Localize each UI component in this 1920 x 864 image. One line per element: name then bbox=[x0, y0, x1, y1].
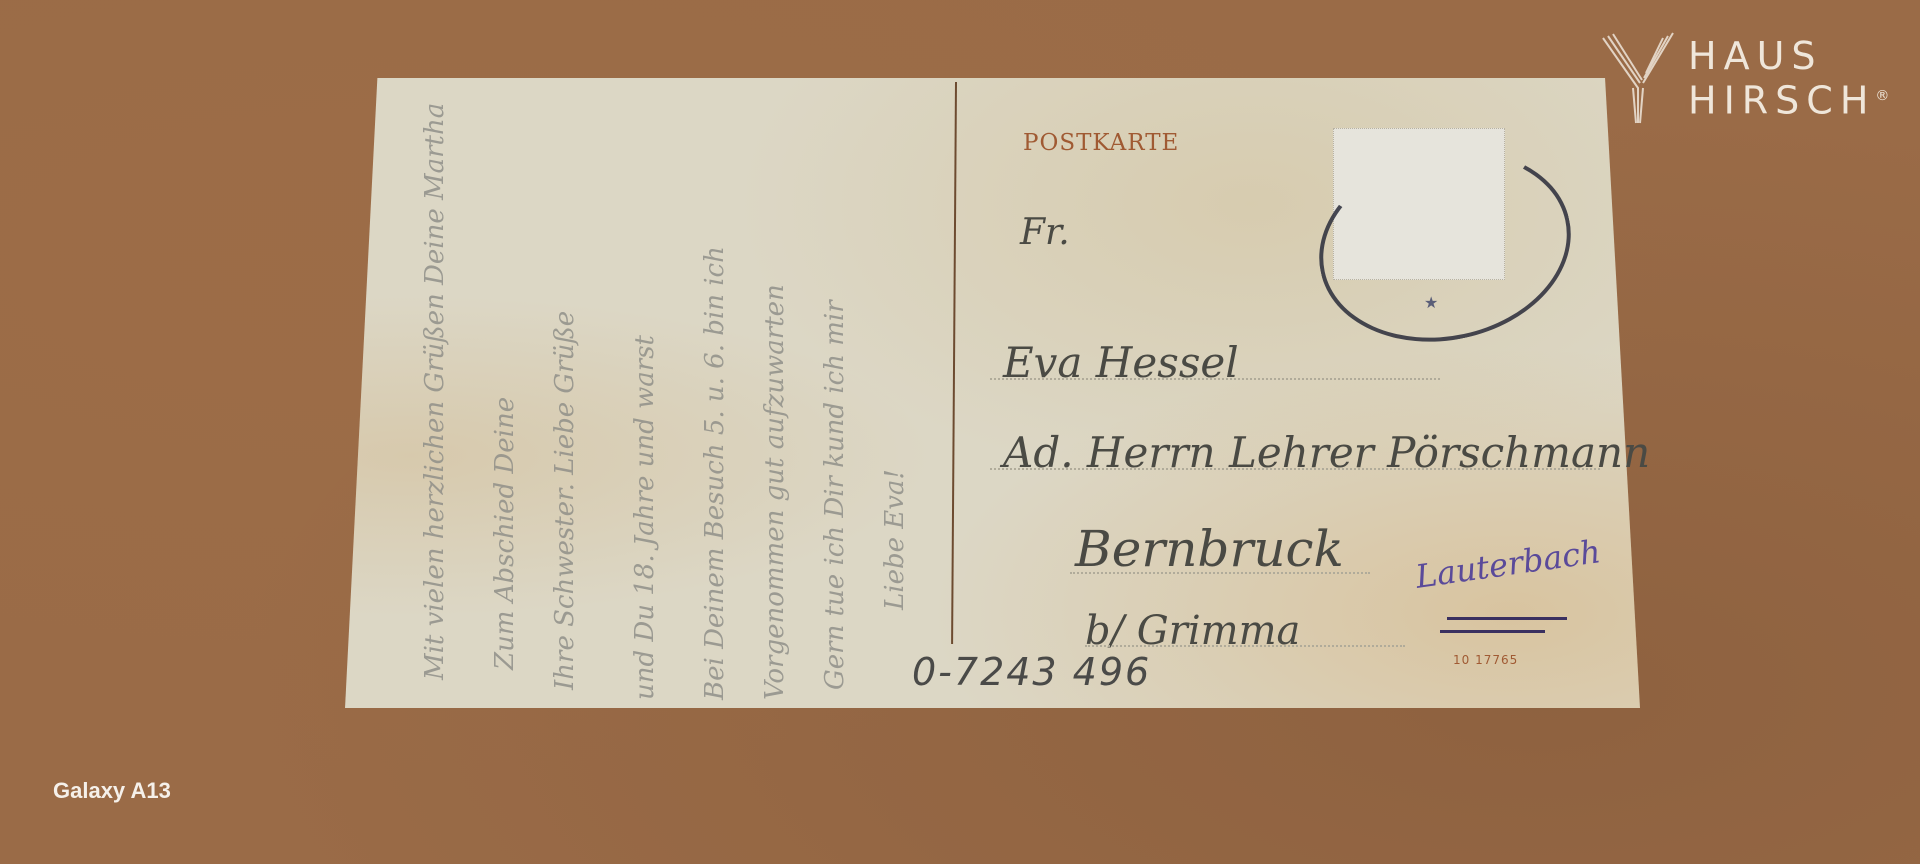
brand-line1: HAUS bbox=[1688, 36, 1889, 76]
registered-mark: ® bbox=[1875, 88, 1889, 104]
print-number: 10 17765 bbox=[1453, 653, 1518, 667]
brand-line2: HIRSCH bbox=[1688, 78, 1875, 122]
stag-antler-icon bbox=[1598, 28, 1678, 128]
message-line: und Du 18. Jahre und warst bbox=[630, 335, 660, 700]
address-line bbox=[990, 378, 1440, 380]
address-city: Bernbruck bbox=[1075, 520, 1344, 578]
address-prefix: Fr. bbox=[1020, 212, 1070, 253]
message-line: Bei Deinem Besuch 5. u. 6. bin ich bbox=[700, 246, 730, 700]
message-line: Gern tue ich Dir kund ich mir bbox=[820, 300, 850, 690]
watermark-logo: HAUS HIRSCH® bbox=[1598, 28, 1889, 128]
message-line: Vorgenommen gut aufzuwarten bbox=[760, 284, 790, 700]
address-region: b/ Grimma bbox=[1085, 608, 1300, 654]
message-line: Zum Abschied Deine bbox=[490, 397, 520, 670]
address-line bbox=[990, 468, 1600, 470]
inventory-number: 0-7243 496 bbox=[912, 650, 1151, 694]
double-underline bbox=[1440, 630, 1545, 633]
postmark-star-icon: ★ bbox=[1424, 293, 1438, 312]
address-line bbox=[1085, 645, 1405, 647]
camera-label: Galaxy A13 bbox=[53, 778, 171, 804]
message-line: Ihre Schwester. Liebe Grüße bbox=[550, 311, 580, 690]
brand-name: HAUS HIRSCH® bbox=[1688, 36, 1889, 121]
double-underline bbox=[1447, 617, 1567, 620]
message-line: Liebe Eva! bbox=[880, 469, 910, 610]
postcard-title: POSTKARTE bbox=[1023, 130, 1179, 156]
message-line: Mit vielen herzlichen Grüßen Deine Marth… bbox=[420, 103, 450, 680]
address-line bbox=[1070, 572, 1370, 574]
